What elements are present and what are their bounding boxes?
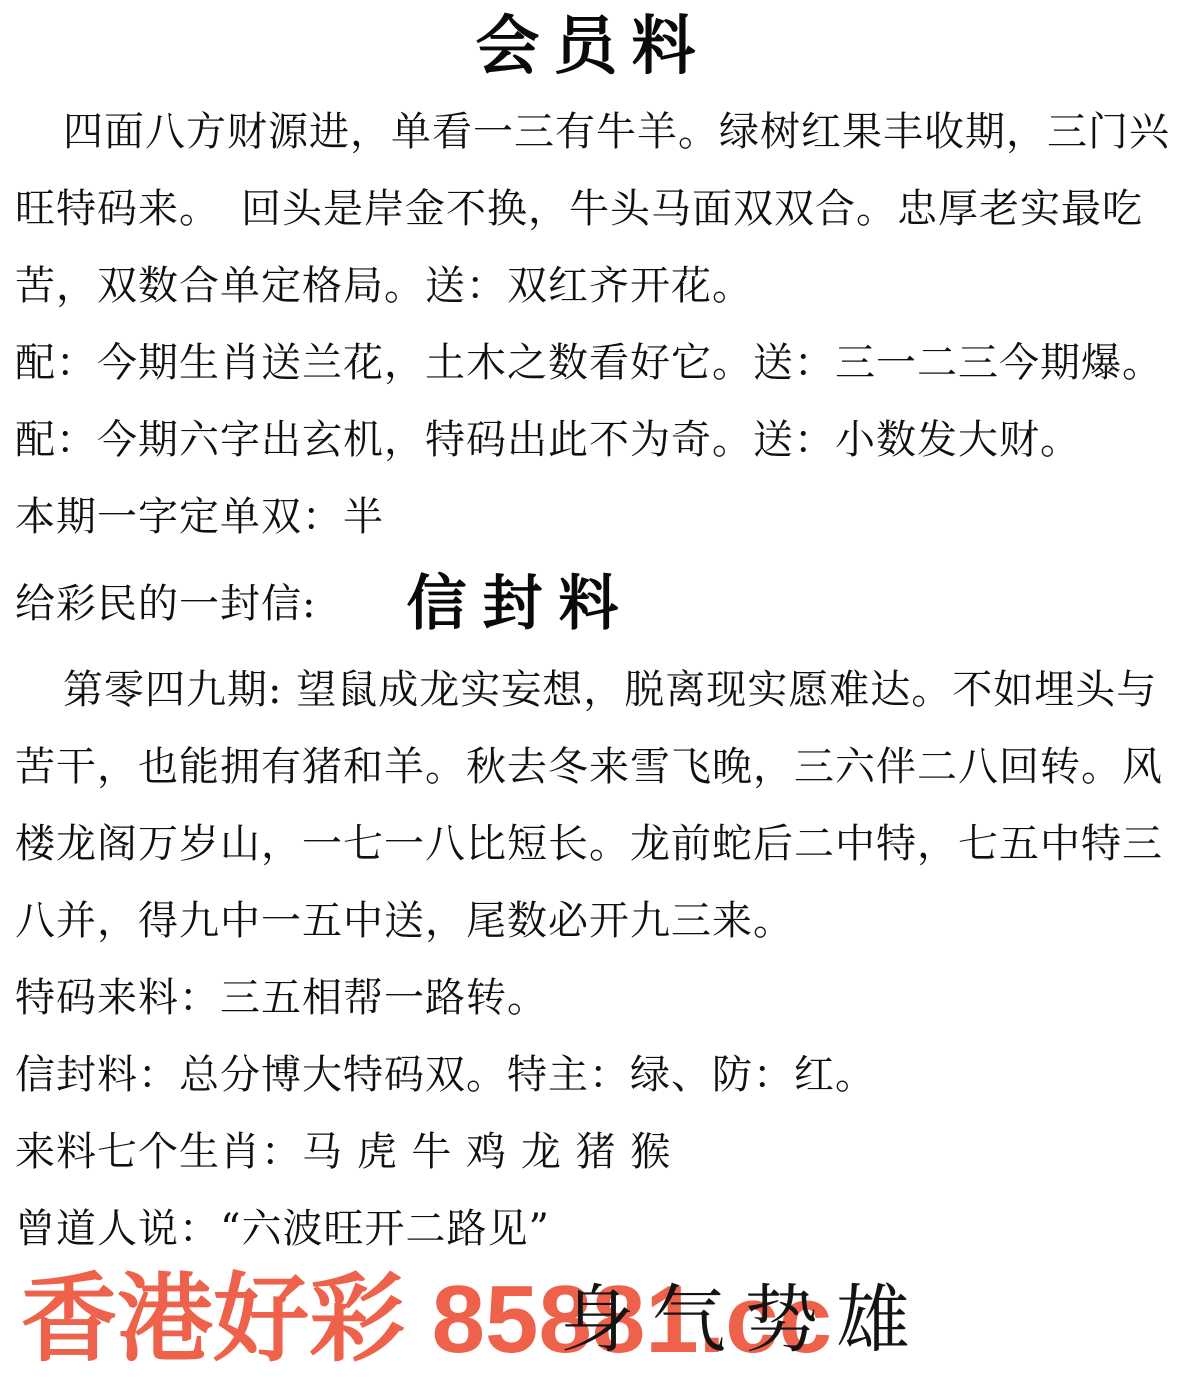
footer-area: 香港好彩 85881.cc 身气势雄 — [15, 1272, 1170, 1388]
envelope-section-title: 信封料 — [406, 556, 634, 652]
pei-line-1: 配：今期生肖送兰花，土木之数看好它。送：三一二三今期爆。 — [15, 325, 1170, 402]
envelope-header: 给彩民的一封信: 信封料 — [15, 556, 1170, 652]
danshuang-line: 本期一字定单双：半 — [15, 479, 1170, 556]
shengxiao-line: 来料七个生肖：马 虎 牛 鸡 龙 猪 猴 — [15, 1114, 1170, 1191]
member-section-title: 会员料 — [15, 0, 1170, 94]
tema-line: 特码来料：三五相帮一路转。 — [15, 960, 1170, 1037]
envelope-intro-label: 给彩民的一封信: — [15, 556, 316, 652]
document-page: 会员料 四面八方财源进，单看一三有牛羊。绿树红果丰收期，三门兴旺特码来。 回头是… — [0, 0, 1185, 1388]
xinfengliao-line: 信封料：总分博大特码双。特主：绿、防：红。 — [15, 1037, 1170, 1114]
envelope-paragraph: 第零四九期: 望鼠成龙实妄想，脱离现实愿难达。不如埋头与苦干，也能拥有猪和羊。秋… — [15, 652, 1170, 960]
pei-line-2: 配：今期六字出玄机，特码出此不为奇。送：小数发大财。 — [15, 402, 1170, 479]
footer-calligraphy: 身气势雄 — [560, 1278, 928, 1362]
member-paragraph: 四面八方财源进，单看一三有牛羊。绿树红果丰收期，三门兴旺特码来。 回头是岸金不换… — [15, 94, 1170, 325]
zengdaoren-line: 曾道人说：“六波旺开二路见” — [15, 1191, 1170, 1268]
